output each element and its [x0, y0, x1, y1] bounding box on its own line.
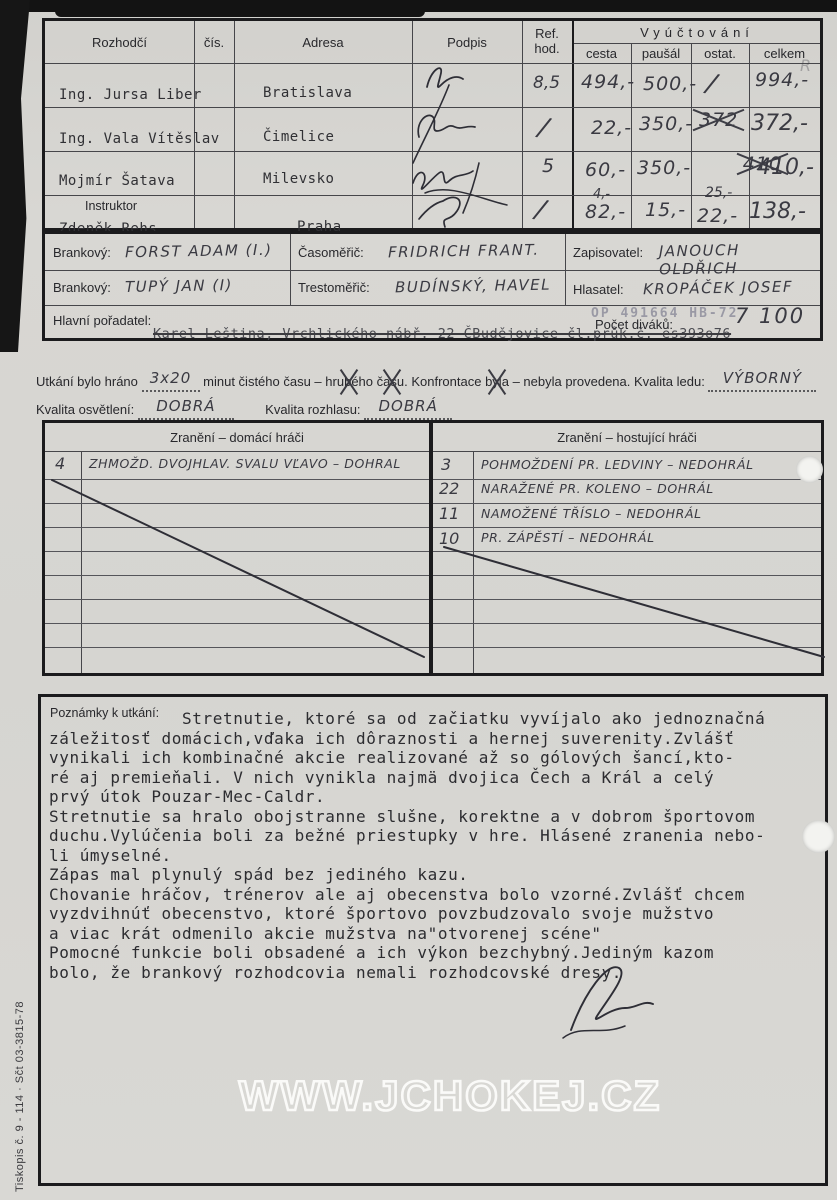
col-header-ref-hod: Ref. hod. — [522, 26, 572, 56]
crossed-word-hrubeho: hrubého — [325, 374, 373, 389]
referee-address: Čimelice — [263, 129, 334, 145]
injury-home-title: Zranění – domácí hráči — [45, 430, 429, 445]
corner-pencil-mark: R — [800, 56, 811, 75]
injury-number: 3 — [441, 455, 451, 474]
injury-table-away: Zranění – hostující hráči 3 POHMOŽDENÍ P… — [430, 420, 824, 676]
light-quality-value: DOBRÁ — [156, 397, 215, 415]
brankovy2-value: TUPÝ JAN (I) — [125, 276, 233, 296]
fee-cesta: 22,- — [591, 117, 632, 139]
casomeric-label: Časoměřič: — [298, 245, 364, 260]
notes-paragraph: Stretnutie, ktoré sa od začiatku vyvíjal… — [49, 709, 821, 982]
col-header-cesta: cesta — [572, 46, 631, 61]
signature-rehs — [419, 197, 460, 227]
referee-name: Mojmír Šatava — [59, 173, 175, 189]
grid-line — [574, 43, 820, 44]
zapisovatel-value: JANOUCH OLDŘICH — [659, 240, 821, 279]
ruled-lines — [45, 456, 429, 668]
injury-number: 10 — [439, 529, 459, 548]
scan-edge-top-2 — [55, 0, 425, 17]
played-minutes-value: 3x20 — [150, 369, 192, 387]
injury-number: 11 — [439, 504, 459, 523]
grid-line — [194, 21, 195, 228]
col-header-rozhodci: Rozhodčí — [45, 35, 194, 50]
fee-celkem: 372,- — [751, 111, 808, 136]
trestomeric-label: Trestoměřič: — [298, 280, 370, 295]
signature-satava-2 — [463, 163, 479, 213]
brankovy1-value: FORST ADAM (I.) — [125, 241, 273, 262]
light-quality-field: DOBRÁ — [138, 400, 234, 420]
fee-cesta-correction: 4,- — [593, 187, 610, 202]
watermark: WWW.JCHOKEJ.CZ — [215, 1072, 685, 1120]
brankovy1-label: Brankový: — [53, 245, 111, 260]
referee-address: Bratislava — [263, 85, 352, 101]
injury-table-home: Zranění – domácí hráči 4 ZHMOŽD. DVOJHLA… — [42, 420, 432, 676]
conditions-mid2: Konfrontace — [411, 374, 481, 389]
signature-column-svg — [405, 61, 585, 231]
signature-jursa-tail — [413, 85, 449, 163]
trestomeric-value: BUDÍNSKÝ, HAVEL — [395, 276, 551, 297]
zapisovatel-label: Zapisovatel: — [573, 245, 643, 260]
fee-cesta: 494,- — [581, 71, 635, 93]
col-header-ostat: ostat. — [691, 46, 749, 61]
injury-text: ZHMOŽD. DVOJHLAV. SVALU VĽAVO – DOHRAL — [89, 456, 401, 471]
ref-label-2: hod. — [534, 41, 559, 56]
injury-away-title: Zranění – hostující hráči — [433, 430, 821, 445]
casomeric-value: FRIDRICH FRANT. — [388, 241, 540, 262]
sound-label: Kvalita rozhlasu: — [265, 402, 360, 417]
ice-quality-value: VÝBORNÝ — [723, 369, 802, 387]
hlasatel-value: KROPÁČEK JOSEF — [643, 278, 793, 299]
col-header-pausal: paušál — [631, 46, 691, 61]
played-label: Utkání bylo hráno — [36, 374, 138, 389]
referee-main-signature — [541, 952, 691, 1052]
punch-hole — [802, 820, 835, 853]
fee-celkem: 138,- — [749, 199, 806, 224]
poradatel-crossed-entry: Karel Leština, Vrchlického nábř. 22 ČBud… — [153, 326, 731, 342]
brankovy2-label: Brankový: — [53, 280, 111, 295]
scanned-match-report: Rozhodčí čís. Adresa Podpis Ref. hod. Vy… — [0, 0, 837, 1200]
hlasatel-label: Hlasatel: — [573, 282, 624, 297]
fee-cesta: 82,- — [585, 201, 626, 223]
signature-satava — [413, 171, 473, 189]
signature-jursa — [427, 68, 463, 87]
conditions-mid3: – nebyla provedena. Kvalita ledu: — [513, 374, 705, 389]
fee-cesta: 60,- — [585, 159, 626, 181]
injury-text: PR. ZÁPĚSTÍ – NEDOHRÁL — [481, 530, 655, 545]
sound-quality-field: DOBRÁ — [364, 400, 452, 420]
fee-pausal: 350,- — [639, 113, 693, 135]
sound-quality-value: DOBRÁ — [379, 397, 438, 415]
referee-name: Ing. Jursa Liber — [59, 87, 202, 103]
referee-table: Rozhodčí čís. Adresa Podpis Ref. hod. Vy… — [42, 18, 823, 231]
fee-celkem: 410,- — [757, 155, 814, 180]
grid-line — [234, 21, 235, 228]
poradatel-label: Hlavní pořadatel: — [53, 313, 151, 328]
grid-line — [433, 451, 821, 452]
fee-ostat-crossed: 372 — [699, 109, 738, 131]
referee-name: Ing. Vala Vítěslav — [59, 131, 220, 147]
col-header-podpis: Podpis — [412, 35, 522, 50]
col-header-adresa: Adresa — [234, 35, 412, 50]
scan-edge-left — [0, 0, 30, 352]
conditions-line-2: Kvalita osvětlení: DOBRÁ Kvalita rozhlas… — [36, 400, 736, 420]
fee-pausal: 500,- — [643, 73, 697, 95]
grid-line — [45, 451, 429, 452]
referee-address: Milevsko — [263, 171, 334, 187]
injury-text: NAMOŽENÉ TŘÍSLO – NEDOHRÁL — [481, 506, 702, 521]
fee-ostat: / — [704, 68, 719, 99]
fee-pausal: 350,- — [637, 157, 691, 179]
ref-label-1: Ref. — [535, 26, 559, 41]
played-minutes-field: 3x20 — [142, 372, 200, 392]
col-header-cis: čís. — [194, 35, 234, 50]
injury-text: NARAŽENÉ PR. KOLENO – DOHRÁL — [481, 481, 714, 496]
punch-hole — [796, 456, 823, 483]
fee-pausal: 15,- — [645, 199, 686, 221]
conditions-line-1: Utkání bylo hráno 3x20 minut čistého čas… — [36, 372, 836, 392]
grid-line — [691, 43, 692, 228]
instruktor-label: Instruktor — [85, 199, 137, 213]
ice-quality-field: VÝBORNÝ — [708, 372, 816, 392]
officials-box: Brankový: FORST ADAM (I.) Časoměřič: FRI… — [42, 231, 823, 341]
divaku-value: 7 100 — [735, 304, 805, 328]
conditions-mid1: minut čistého času – — [203, 374, 322, 389]
injury-text: POHMOŽDENÍ PR. LEDVINY – NEDOHRÁL — [481, 457, 754, 472]
fee-ostat-correction: 25,- — [705, 185, 732, 201]
form-number-vertical: Tiskopis č. 9 - 114 · Sčt 03-3815-78 — [14, 972, 26, 1192]
crossed-word-byla: byla — [485, 374, 509, 389]
injury-number: 4 — [55, 454, 65, 473]
fee-ostat: 22,- — [697, 205, 738, 227]
col-header-vyuctovani: Vyúčtování — [574, 25, 820, 40]
injury-number: 22 — [439, 479, 459, 498]
crossed-word-casu: času. — [377, 374, 408, 389]
light-label: Kvalita osvětlení: — [36, 402, 134, 417]
